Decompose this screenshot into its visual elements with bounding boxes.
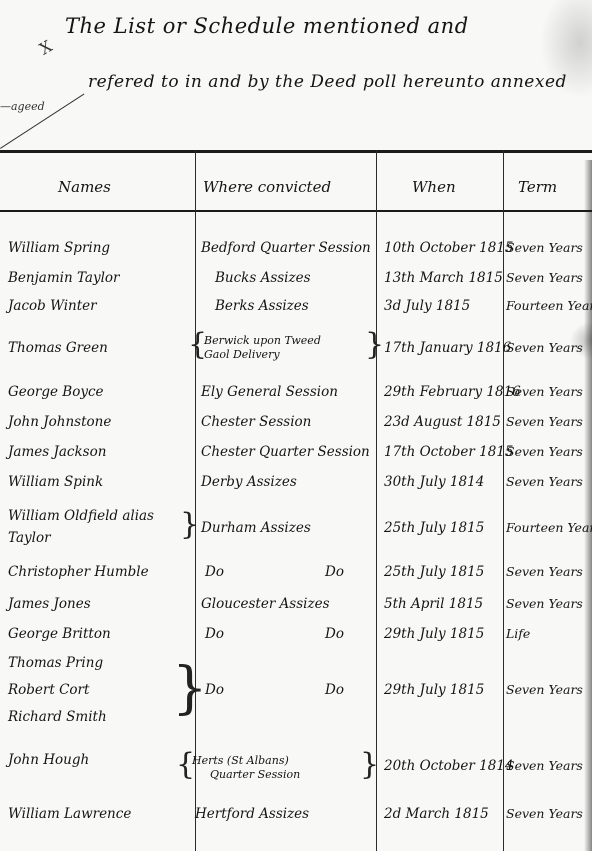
term-cell: Seven Years — [506, 596, 583, 611]
term-cell: Fourteen Years — [506, 520, 592, 535]
column-divider — [376, 150, 377, 851]
when-cell: 13th March 1815 — [384, 270, 503, 286]
where-cell: Berwick upon Tweed — [204, 334, 321, 347]
page-edge-shadow — [584, 160, 592, 851]
brace-close: } — [172, 661, 208, 717]
when-cell: 5th April 1815 — [384, 596, 483, 612]
term-cell: Seven Years — [506, 682, 583, 697]
when-cell: 29th July 1815 — [384, 682, 484, 698]
term-cell: Seven Years — [506, 806, 583, 821]
name-cell: Thomas Green — [8, 340, 108, 356]
when-cell: 30th July 1814 — [384, 474, 484, 490]
name-cell: George Boyce — [8, 384, 104, 400]
name-cell: John Hough — [8, 752, 89, 768]
where-cell-line-2: Quarter Session — [210, 768, 300, 781]
column-header-term: Term — [518, 178, 557, 196]
ditto-cell: Do — [205, 682, 224, 698]
brace-close: } — [180, 510, 199, 540]
term-cell: Life — [506, 626, 530, 641]
when-cell: 23d August 1815 — [384, 414, 501, 430]
brace-close: } — [360, 750, 379, 780]
name-cell: William Oldfield alias — [8, 508, 154, 524]
column-header-when: When — [412, 178, 456, 196]
where-cell: Bucks Assizes — [215, 270, 311, 286]
when-cell: 10th October 1815 — [384, 240, 514, 256]
name-cell: Thomas Pring — [8, 655, 103, 671]
name-cell: John Johnstone — [8, 414, 111, 430]
where-cell: Ely General Session — [201, 384, 338, 400]
ditto-cell: Do — [205, 564, 224, 580]
term-cell: Seven Years — [506, 414, 583, 429]
term-cell: Seven Years — [506, 444, 583, 459]
where-cell: Herts (St Albans) — [192, 754, 289, 767]
name-cell: Christopher Humble — [8, 564, 149, 580]
name-cell: Jacob Winter — [8, 298, 97, 314]
term-cell: Seven Years — [506, 270, 583, 285]
when-cell: 29th February 1816 — [384, 384, 521, 400]
when-cell: 2d March 1815 — [384, 806, 489, 822]
brace-close: } — [365, 330, 384, 360]
term-cell: Seven Years — [506, 340, 583, 355]
name-cell: Robert Cort — [8, 682, 89, 698]
when-cell: 17th January 1816 — [384, 340, 511, 356]
term-cell: Seven Years — [506, 564, 583, 579]
ditto-cell: Do — [325, 564, 344, 580]
where-cell: Chester Session — [201, 414, 311, 430]
when-cell: 29th July 1815 — [384, 626, 484, 642]
term-cell: Seven Years — [506, 474, 583, 489]
term-cell: Seven Years — [506, 758, 583, 773]
when-cell: 20th October 1814 — [384, 758, 514, 774]
ditto-cell: Do — [325, 682, 344, 698]
term-cell: Fourteen Years — [506, 298, 592, 313]
name-cell: James Jackson — [8, 444, 106, 460]
where-cell: Derby Assizes — [201, 474, 297, 490]
ditto-cell: Do — [205, 626, 224, 642]
term-cell: Seven Years — [506, 240, 583, 255]
name-cell: James Jones — [8, 596, 91, 612]
where-cell: Berks Assizes — [215, 298, 309, 314]
name-cell: William Spring — [8, 240, 110, 256]
name-cell: William Spink — [8, 474, 103, 490]
when-cell: 3d July 1815 — [384, 298, 470, 314]
where-cell: Hertford Assizes — [195, 806, 309, 822]
column-header-names: Names — [58, 178, 111, 196]
where-cell: Gloucester Assizes — [201, 596, 330, 612]
where-cell: Chester Quarter Session — [201, 444, 370, 460]
name-cell: Richard Smith — [8, 709, 107, 725]
when-cell: 25th July 1815 — [384, 564, 484, 580]
title-line-1: The List or Schedule mentioned and — [65, 14, 469, 38]
when-cell: 17th October 1815 — [384, 444, 514, 460]
column-divider — [195, 150, 196, 851]
margin-note: —ageed — [0, 100, 45, 113]
name-cell: William Lawrence — [8, 806, 131, 822]
title-line-2: refered to in and by the Deed poll hereu… — [88, 72, 567, 92]
where-cell: Bedford Quarter Session — [201, 240, 371, 256]
name-cell: George Britton — [8, 626, 111, 642]
when-cell: 25th July 1815 — [384, 520, 484, 536]
column-header-where-convicted: Where convicted — [203, 178, 331, 196]
name-cell-line-2: Taylor — [8, 530, 51, 546]
name-cell: Benjamin Taylor — [8, 270, 119, 286]
where-cell-line-2: Gaol Delivery — [204, 348, 280, 361]
term-cell: Seven Years — [506, 384, 583, 399]
where-cell: Durham Assizes — [201, 520, 311, 536]
ditto-cell: Do — [325, 626, 344, 642]
